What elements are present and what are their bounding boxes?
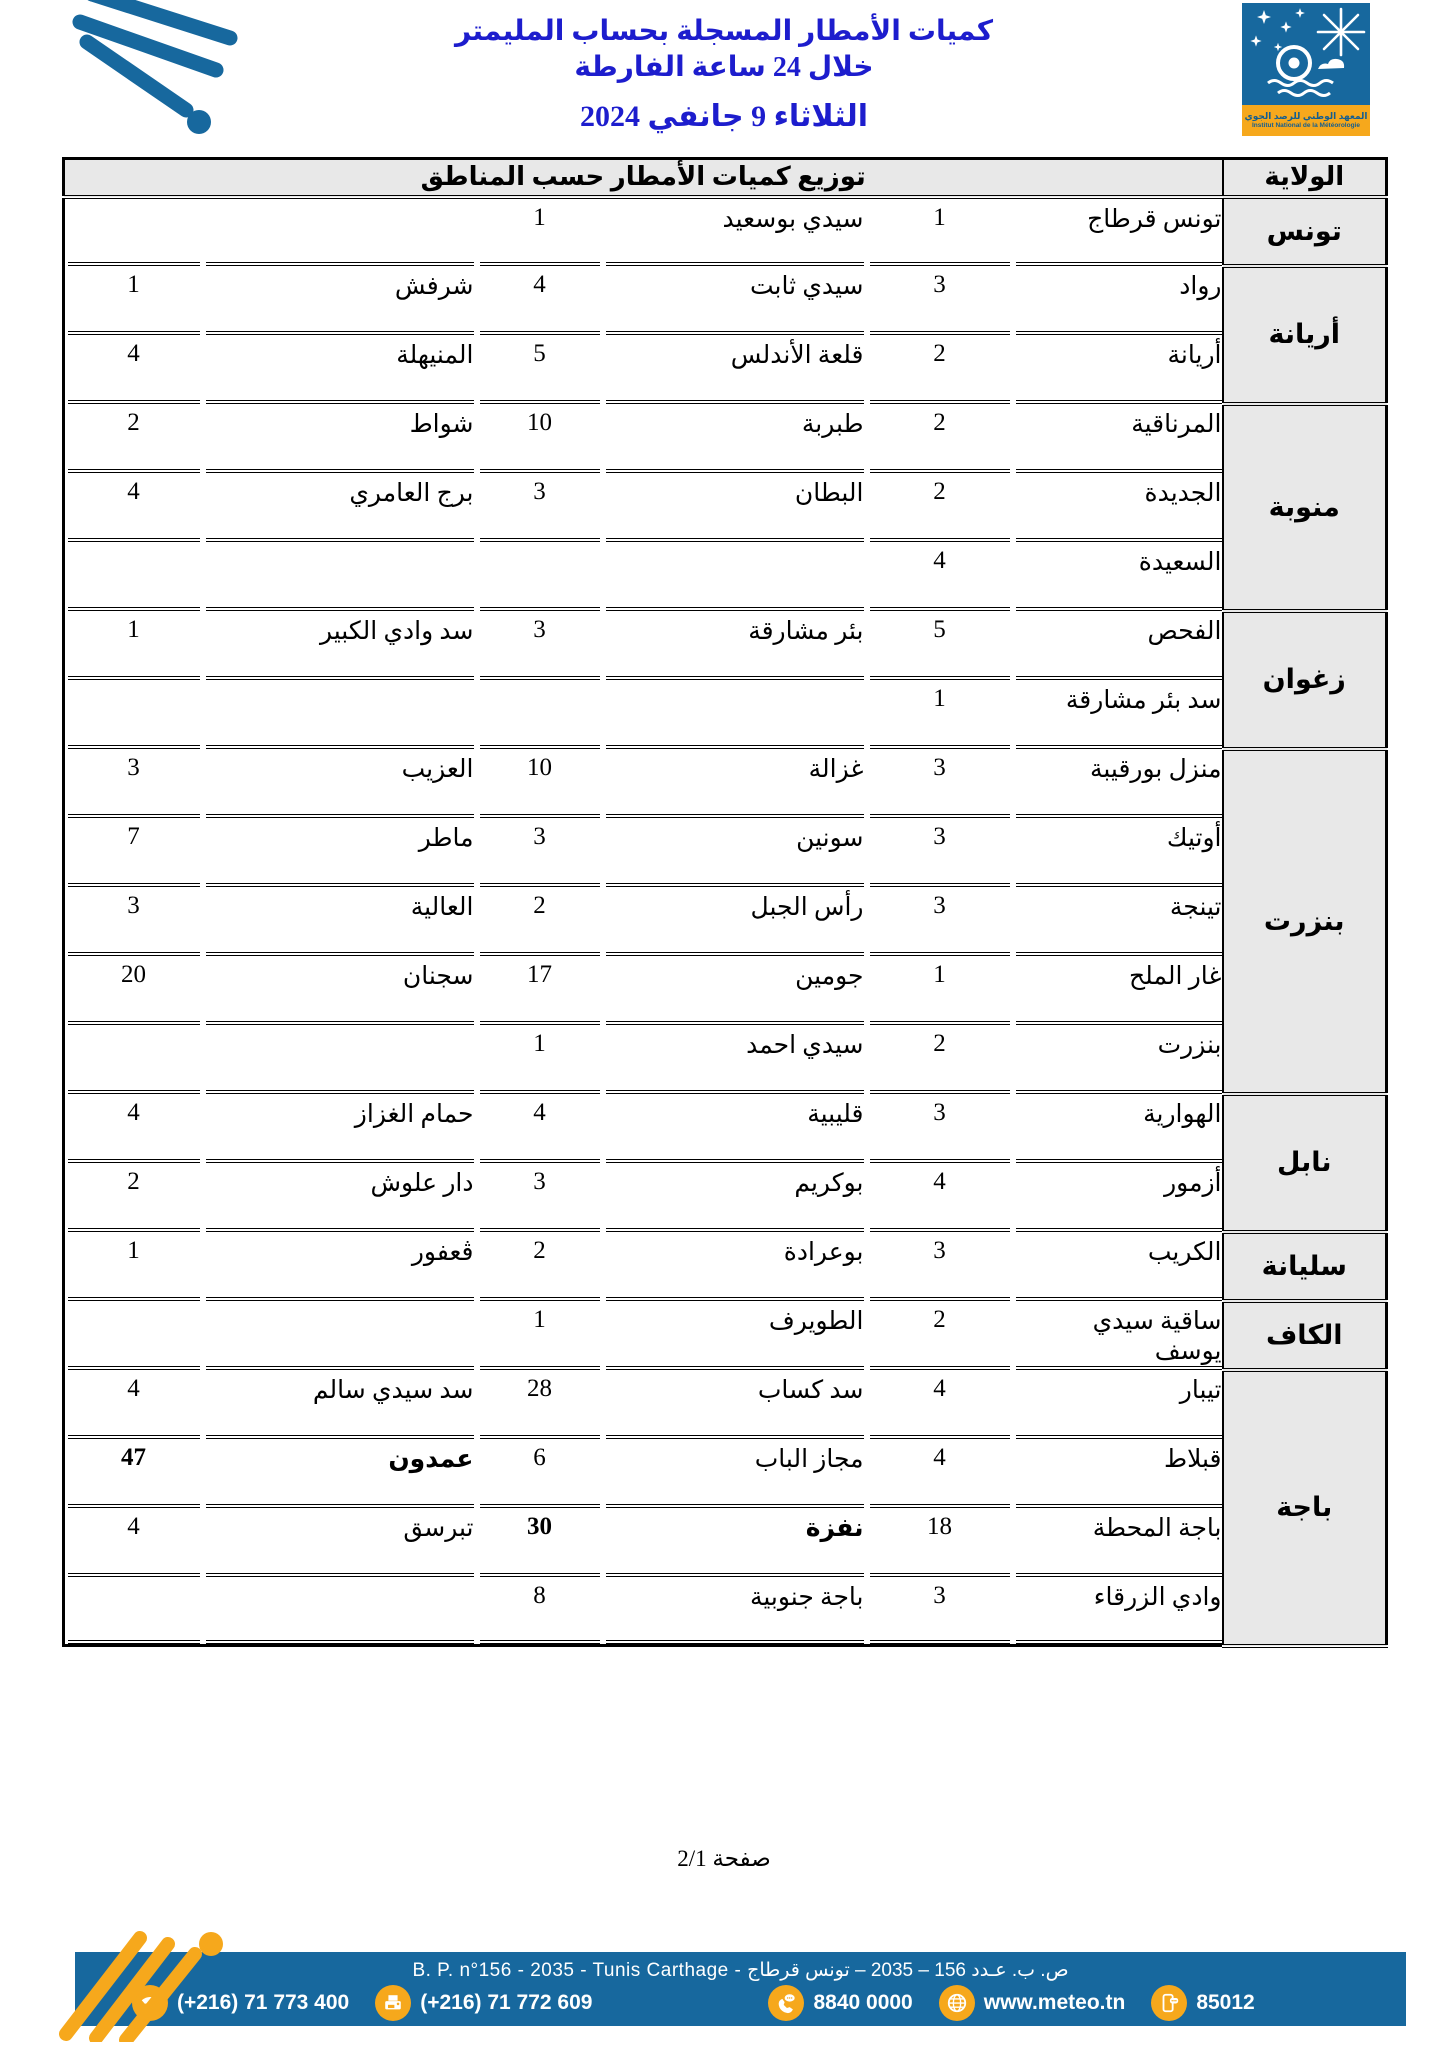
stations-cell: أوتيك3سونين3ماطر7 <box>64 818 1223 887</box>
rain-value: 4 <box>870 1439 1010 1508</box>
rain-value <box>480 542 600 611</box>
station-name: ماطر <box>206 818 474 887</box>
station-name: تينجة <box>1016 887 1222 956</box>
table-row: زغوانالفحص5بئر مشارقة3سد وادي الكبير1 <box>64 611 1387 680</box>
station-name: باجة جنوبية <box>606 1577 864 1645</box>
station-name: منزل بورقيبة <box>1016 749 1222 818</box>
station-name: قبلاط <box>1016 1439 1222 1508</box>
stations-cell: أزمور4بوكريم3دار علوش2 <box>64 1163 1223 1232</box>
rain-value: 1 <box>870 680 1010 749</box>
governorate-cell: سليانة <box>1223 1232 1387 1301</box>
col-header-distribution: توزيع كميات الأمطار حسب المناطق <box>64 159 1223 197</box>
sms-icon <box>1151 1985 1187 2021</box>
rain-value: 4 <box>68 473 200 542</box>
station-name: مجاز الباب <box>606 1439 864 1508</box>
table-row: منوبةالمرناقية2طبربة10شواط2 <box>64 404 1387 473</box>
station-name: سجنان <box>206 956 474 1025</box>
rain-value: 4 <box>68 1370 200 1439</box>
rain-value: 4 <box>68 1508 200 1577</box>
stations-cell: الجديدة2البطان3برج العامري4 <box>64 473 1223 542</box>
station-name: المنيهلة <box>206 335 474 404</box>
rain-value: 2 <box>68 404 200 473</box>
station-name: سد بئر مشارقة <box>1016 680 1222 749</box>
station-name: الكريب <box>1016 1232 1222 1301</box>
rain-value: 18 <box>870 1508 1010 1577</box>
rain-value: 3 <box>870 1577 1010 1645</box>
rain-value: 2 <box>870 1025 1010 1094</box>
rain-value: 28 <box>480 1370 600 1439</box>
station-name <box>206 680 474 749</box>
col-header-governorate: الولاية <box>1223 159 1387 197</box>
rain-value: 7 <box>68 818 200 887</box>
rain-value: 3 <box>480 1163 600 1232</box>
stations-cell: سد بئر مشارقة1 <box>64 680 1223 749</box>
rain-value: 4 <box>68 335 200 404</box>
station-name: بنزرت <box>1016 1025 1222 1094</box>
stations-cell: غار الملح1جومين17سجنان20 <box>64 956 1223 1025</box>
rain-value: 2 <box>870 1301 1010 1370</box>
station-name: بئر مشارقة <box>606 611 864 680</box>
stations-cell: قبلاط4مجاز الباب6عمدون47 <box>64 1439 1223 1508</box>
station-name: عمدون <box>206 1439 474 1508</box>
station-name: العزيب <box>206 749 474 818</box>
governorate-cell: بنزرت <box>1223 749 1387 1094</box>
rain-value: 4 <box>480 1094 600 1163</box>
station-name: تونس قرطاج <box>1016 199 1222 266</box>
station-name <box>206 1025 474 1094</box>
footer-stripes-icon <box>48 1922 348 2042</box>
rain-table-wrap: الولاية توزيع كميات الأمطار حسب المناطق … <box>62 157 1388 1648</box>
station-name: قلعة الأندلس <box>606 335 864 404</box>
stations-cell: الهوارية3قليبية4حمام الغزاز4 <box>64 1094 1223 1163</box>
governorate-cell: زغوان <box>1223 611 1387 749</box>
station-name: رأس الجبل <box>606 887 864 956</box>
rain-value: 10 <box>480 404 600 473</box>
rain-value <box>68 1577 200 1645</box>
rain-value: 2 <box>870 404 1010 473</box>
rain-value: 3 <box>870 749 1010 818</box>
rain-value: 4 <box>870 1370 1010 1439</box>
rain-value: 3 <box>480 473 600 542</box>
table-row: السعيدة4 <box>64 542 1387 611</box>
governorate-cell: منوبة <box>1223 404 1387 611</box>
rain-value: 1 <box>480 199 600 266</box>
governorate-cell: الكاف <box>1223 1301 1387 1370</box>
station-name: الجديدة <box>1016 473 1222 542</box>
rain-table-body: تونستونس قرطاج1سيدي بوسعيد1أريانةرواد3سي… <box>64 197 1387 1646</box>
rain-value <box>68 1025 200 1094</box>
station-name: الطويرف <box>606 1301 864 1370</box>
station-name: أزمور <box>1016 1163 1222 1232</box>
rain-value: 2 <box>870 473 1010 542</box>
stations-cell: السعيدة4 <box>64 542 1223 611</box>
station-name <box>206 1301 474 1370</box>
stations-cell: الفحص5بئر مشارقة3سد وادي الكبير1 <box>64 611 1223 680</box>
stations-cell: تونس قرطاج1سيدي بوسعيد1 <box>64 197 1223 266</box>
call-center-icon <box>768 1985 804 2021</box>
rain-value: 8 <box>480 1577 600 1645</box>
rain-value: 1 <box>68 611 200 680</box>
governorate-cell: أريانة <box>1223 266 1387 404</box>
document-page: المعهد الوطني للرصد الجوي Institut Natio… <box>0 0 1448 2048</box>
rain-value: 4 <box>870 542 1010 611</box>
station-name: رواد <box>1016 266 1222 335</box>
contact-text: 8840 0000 <box>813 1991 912 2015</box>
station-name: نفزة <box>606 1508 864 1577</box>
station-name <box>206 542 474 611</box>
table-row: باجةتيبار4سد كساب28سد سيدي سالم4 <box>64 1370 1387 1439</box>
station-name: تبرسق <box>206 1508 474 1577</box>
table-row: وادي الزرقاء3باجة جنوبية8 <box>64 1577 1387 1646</box>
rain-value: 6 <box>480 1439 600 1508</box>
report-title: كميات الأمطار المسجلة بحساب المليمتر خلا… <box>0 14 1448 86</box>
rain-value <box>68 680 200 749</box>
rain-value: 20 <box>68 956 200 1025</box>
station-name: العالية <box>206 887 474 956</box>
station-name: ڨعفور <box>206 1232 474 1301</box>
station-name: سد كساب <box>606 1370 864 1439</box>
report-date: الثلاثاء 9 جانفي 2024 <box>0 99 1448 134</box>
rain-value <box>68 199 200 266</box>
station-name: البطان <box>606 473 864 542</box>
stations-cell: باجة المحطة18نفزة30تبرسق4 <box>64 1508 1223 1577</box>
contact-item: (+216) 71 772 609 <box>375 1985 592 2021</box>
station-name: بوعرادة <box>606 1232 864 1301</box>
rain-value: 5 <box>870 611 1010 680</box>
station-name: سيدي ثابت <box>606 266 864 335</box>
rain-value: 10 <box>480 749 600 818</box>
contact-text: (+216) 71 772 609 <box>420 1991 592 2015</box>
table-row: بنزرتمنزل بورقيبة3غزالة10العزيب3 <box>64 749 1387 818</box>
contact-text: www.meteo.tn <box>984 1991 1126 2015</box>
stations-cell: تيبار4سد كساب28سد سيدي سالم4 <box>64 1370 1223 1439</box>
station-name: سيدي بوسعيد <box>606 199 864 266</box>
table-header-row: الولاية توزيع كميات الأمطار حسب المناطق <box>64 159 1387 197</box>
rain-value: 2 <box>68 1163 200 1232</box>
station-name: سونين <box>606 818 864 887</box>
stations-cell: تينجة3رأس الجبل2العالية3 <box>64 887 1223 956</box>
rain-value: 4 <box>870 1163 1010 1232</box>
station-name: شرفش <box>206 266 474 335</box>
stations-cell: الكريب3بوعرادة2ڨعفور1 <box>64 1232 1223 1301</box>
rain-value: 17 <box>480 956 600 1025</box>
rain-table: الولاية توزيع كميات الأمطار حسب المناطق … <box>62 157 1388 1648</box>
station-name: أريانة <box>1016 335 1222 404</box>
rain-value: 3 <box>68 749 200 818</box>
rain-value: 1 <box>480 1301 600 1370</box>
fax-icon <box>375 1985 411 2021</box>
station-name: أوتيك <box>1016 818 1222 887</box>
rain-value <box>480 680 600 749</box>
table-row: باجة المحطة18نفزة30تبرسق4 <box>64 1508 1387 1577</box>
table-row: بنزرت2سيدي احمد1 <box>64 1025 1387 1094</box>
table-row: الكافساقية سيدي يوسف2الطويرف1 <box>64 1301 1387 1370</box>
station-name: برج العامري <box>206 473 474 542</box>
rain-value: 2 <box>480 887 600 956</box>
rain-value: 3 <box>870 1094 1010 1163</box>
station-name: ساقية سيدي يوسف <box>1016 1301 1222 1370</box>
rain-value: 1 <box>870 199 1010 266</box>
globe-icon <box>939 1985 975 2021</box>
station-name: المرناقية <box>1016 404 1222 473</box>
stations-cell: بنزرت2سيدي احمد1 <box>64 1025 1223 1094</box>
station-name <box>206 1577 474 1645</box>
station-name: السعيدة <box>1016 542 1222 611</box>
page-number: صفحة 2/1 <box>0 1846 1448 1872</box>
rain-value: 3 <box>870 887 1010 956</box>
report-title-line1: كميات الأمطار المسجلة بحساب المليمتر <box>0 14 1448 50</box>
station-name: قليبية <box>606 1094 864 1163</box>
station-name: شواط <box>206 404 474 473</box>
table-row: أوتيك3سونين3ماطر7 <box>64 818 1387 887</box>
stations-cell: المرناقية2طبربة10شواط2 <box>64 404 1223 473</box>
contact-text: 85012 <box>1196 1991 1254 2015</box>
station-name <box>606 680 864 749</box>
rain-value <box>68 1301 200 1370</box>
rain-value: 4 <box>68 1094 200 1163</box>
table-row: غار الملح1جومين17سجنان20 <box>64 956 1387 1025</box>
contact-item: 85012 <box>1151 1985 1254 2021</box>
rain-value: 47 <box>68 1439 200 1508</box>
station-name: الهوارية <box>1016 1094 1222 1163</box>
station-name <box>206 199 474 266</box>
contact-item: 8840 0000 <box>768 1985 912 2021</box>
rain-value: 3 <box>68 887 200 956</box>
station-name <box>606 542 864 611</box>
rain-value: 2 <box>480 1232 600 1301</box>
rain-value: 3 <box>870 818 1010 887</box>
rain-value: 1 <box>68 266 200 335</box>
station-name: تيبار <box>1016 1370 1222 1439</box>
governorate-cell: باجة <box>1223 1370 1387 1646</box>
rain-value: 3 <box>480 818 600 887</box>
station-name: باجة المحطة <box>1016 1508 1222 1577</box>
station-name: سد سيدي سالم <box>206 1370 474 1439</box>
stations-cell: منزل بورقيبة3غزالة10العزيب3 <box>64 749 1223 818</box>
rain-value: 3 <box>480 611 600 680</box>
station-name: دار علوش <box>206 1163 474 1232</box>
rain-value: 2 <box>870 335 1010 404</box>
station-name: الفحص <box>1016 611 1222 680</box>
stations-cell: وادي الزرقاء3باجة جنوبية8 <box>64 1577 1223 1646</box>
rain-value: 1 <box>68 1232 200 1301</box>
station-name: غزالة <box>606 749 864 818</box>
station-name: وادي الزرقاء <box>1016 1577 1222 1645</box>
station-name: حمام الغزاز <box>206 1094 474 1163</box>
table-row: نابلالهوارية3قليبية4حمام الغزاز4 <box>64 1094 1387 1163</box>
stations-cell: رواد3سيدي ثابت4شرفش1 <box>64 266 1223 335</box>
rain-value: 30 <box>480 1508 600 1577</box>
rain-value <box>68 542 200 611</box>
rain-value: 1 <box>870 956 1010 1025</box>
contact-item: www.meteo.tn <box>939 1985 1126 2021</box>
station-name: غار الملح <box>1016 956 1222 1025</box>
station-name: سيدي احمد <box>606 1025 864 1094</box>
rain-value: 4 <box>480 266 600 335</box>
governorate-cell: نابل <box>1223 1094 1387 1232</box>
station-name: بوكريم <box>606 1163 864 1232</box>
table-row: سليانةالكريب3بوعرادة2ڨعفور1 <box>64 1232 1387 1301</box>
rain-value: 3 <box>870 1232 1010 1301</box>
table-row: أريانة2قلعة الأندلس5المنيهلة4 <box>64 335 1387 404</box>
table-row: قبلاط4مجاز الباب6عمدون47 <box>64 1439 1387 1508</box>
station-name: جومين <box>606 956 864 1025</box>
table-row: الجديدة2البطان3برج العامري4 <box>64 473 1387 542</box>
table-row: سد بئر مشارقة1 <box>64 680 1387 749</box>
table-row: تينجة3رأس الجبل2العالية3 <box>64 887 1387 956</box>
table-row: أزمور4بوكريم3دار علوش2 <box>64 1163 1387 1232</box>
rain-value: 5 <box>480 335 600 404</box>
table-row: أريانةرواد3سيدي ثابت4شرفش1 <box>64 266 1387 335</box>
station-name: طبربة <box>606 404 864 473</box>
station-name: سد وادي الكبير <box>206 611 474 680</box>
stations-cell: أريانة2قلعة الأندلس5المنيهلة4 <box>64 335 1223 404</box>
governorate-cell: تونس <box>1223 197 1387 266</box>
rain-value: 1 <box>480 1025 600 1094</box>
stations-cell: ساقية سيدي يوسف2الطويرف1 <box>64 1301 1223 1370</box>
table-row: تونستونس قرطاج1سيدي بوسعيد1 <box>64 197 1387 266</box>
rain-value: 3 <box>870 266 1010 335</box>
report-title-line2: خلال 24 ساعة الفارطة <box>0 50 1448 86</box>
